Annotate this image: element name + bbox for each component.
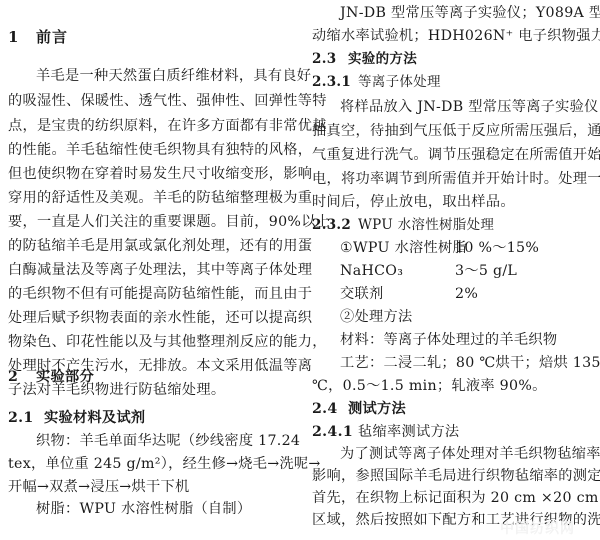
intro-line: 的性能。羊毛毡缩性使毛织物具有独特的风格， xyxy=(8,141,312,159)
process-line: ℃，0.5～1.5 min；轧液率 90%。 xyxy=(312,377,547,395)
section-2-3-heading: 2.3实验的方法 xyxy=(312,50,417,68)
intro-line: 处理后赋予织物表面的亲水性能，还可以提高织 xyxy=(8,309,312,327)
plasma-line: 时间后，停止放电，取出样品。 xyxy=(312,193,515,211)
materials-line: 开幅→双煮→浸压→烘干下机 xyxy=(8,478,189,496)
intro-line: 但也使织物在穿着时易发生尺寸收缩变形，影响 xyxy=(8,165,312,183)
method-heading: ②处理方法 xyxy=(340,308,412,326)
intro-line: 的防毡缩羊毛是用氯或氯化剂处理，还有的用蛋 xyxy=(8,237,312,255)
materials-line: 织物：羊毛单面华达呢（纱线密度 17.24 xyxy=(36,432,300,450)
section-2-heading: 2实验部分 xyxy=(8,368,94,386)
formula-row: 交联剂2% xyxy=(340,285,478,303)
intro-line: 白酶减量法及等离子处理法，其中等离子体处理 xyxy=(8,261,312,279)
test-line: 首先，在织物上标记面积为 20 cm ×20 cm 大小 xyxy=(312,489,600,507)
section-2-4-heading: 2.4测试方法 xyxy=(312,400,406,418)
formula-row: ①WPU 水溶性树脂10 %～15% xyxy=(340,239,539,257)
intro-line: 羊毛是一种天然蛋白质纤维材料，具有良好 xyxy=(36,67,311,85)
intro-line: 物染色、印花性能以及与其他整理剂反应的能力， xyxy=(8,333,327,351)
equipment-line: 动缩水率试验机；HDH026N⁺ 电子织物强力仪。 xyxy=(312,27,600,45)
equipment-line: JN-DB 型常压等离子实验仪；Y089A 型全自 xyxy=(340,4,600,22)
plasma-line: 抽真空，待抽到气压低于反应所需压强后，通入氧 xyxy=(312,122,600,140)
test-line: 影响，参照国际羊毛局进行织物毡缩率的测定。 xyxy=(312,467,600,485)
intro-line: 点，是宝贵的纺织原料，在许多方面都有非常优越 xyxy=(8,117,327,135)
intro-line: 的毛织物不但有可能提高防毡缩性能，而且由于 xyxy=(8,285,312,303)
plasma-line: 气重复进行洗气。调节压强稳定在所需值开始放 xyxy=(312,146,600,164)
materials-line: tex，单位重 245 g/m²），经生修→烧毛→洗呢→ xyxy=(8,455,321,473)
section-2-1-heading: 2.1实验材料及试剂 xyxy=(8,409,145,427)
section-2-3-1-heading: 2.3.1等离子体处理 xyxy=(312,73,441,91)
watermark: 中国纺织网 xyxy=(500,518,575,538)
plasma-line: 将样品放入 JN-DB 型常压等离子实验仪内， xyxy=(340,98,600,116)
plasma-line: 电，将功率调节到所需值并开始计时。处理一定 xyxy=(312,170,600,188)
intro-line: 穿用的舒适性及美观。羊毛的防毡缩整理极为重 xyxy=(8,189,312,207)
formula-row: NaHCO₃3～5 g/L xyxy=(340,262,517,280)
section-2-3-2-heading: 2.3.2WPU 水溶性树脂处理 xyxy=(312,216,494,234)
test-line: 为了测试等离子体处理对羊毛织物毡缩率的 xyxy=(340,445,600,463)
intro-line: 的吸湿性、保暖性、透气性、强伸性、回弹性等特 xyxy=(8,92,327,110)
process-line: 工艺：二浸二轧；80 ℃烘干；焙烘 135～145 xyxy=(340,354,600,372)
intro-line: 要，一直是人们关注的重要课题。目前，90%以上 xyxy=(8,213,330,231)
section-1-heading: 1前言 xyxy=(8,28,68,46)
material-line: 材料：等离子体处理过的羊毛织物 xyxy=(340,331,557,349)
section-2-4-1-heading: 2.4.1毡缩率测试方法 xyxy=(312,423,459,441)
resin-line: 树脂：WPU 水溶性树脂（自制） xyxy=(36,500,251,518)
